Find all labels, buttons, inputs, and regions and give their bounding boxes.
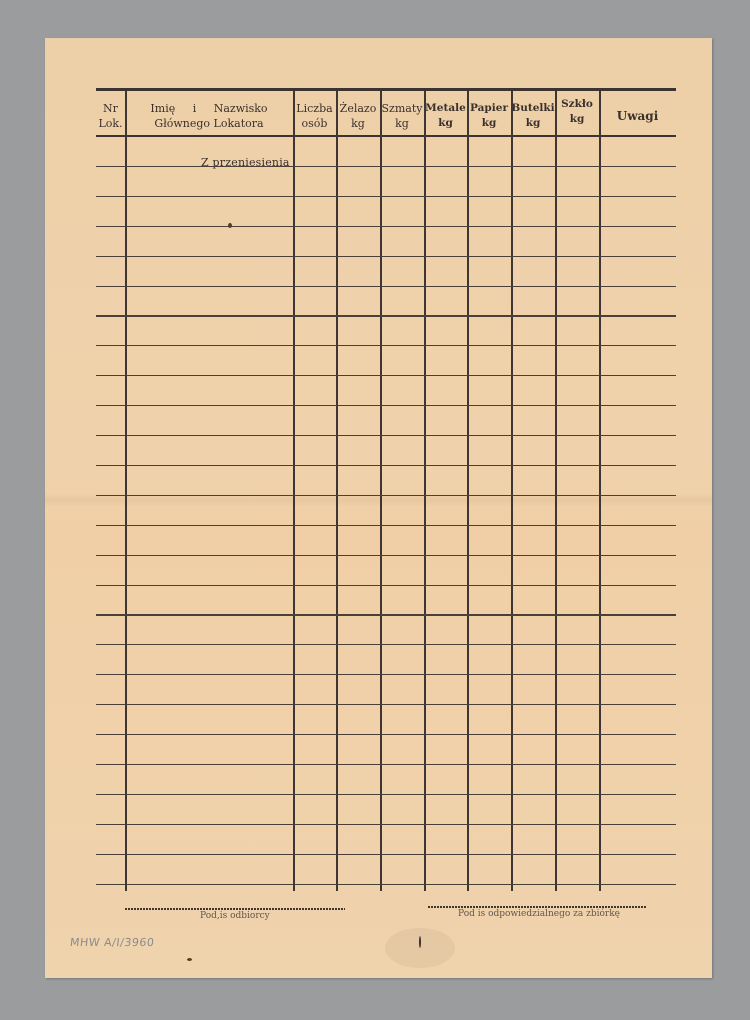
receiver-signature-line [125, 908, 345, 910]
header-line: Szmaty [382, 101, 423, 116]
inventory-stamp: MHW A/I/3960 [69, 936, 155, 949]
column-divider [125, 91, 127, 891]
header-persons: Liczba osób [293, 98, 336, 134]
row-rule [96, 315, 676, 316]
header-line: kg [351, 116, 365, 131]
row-rule [96, 196, 676, 197]
row-rule [96, 286, 676, 287]
organizer-signature-line [428, 906, 646, 908]
row-rule [96, 614, 676, 615]
header-name: Imię i Nazwisko Głównego Lokatora [125, 98, 293, 134]
header-line: osób [302, 116, 328, 131]
header-iron: Żelazo kg [336, 98, 380, 134]
header-line: Metale [425, 101, 466, 116]
form-sheet: Nr Lok. Imię i Nazwisko Głównego Lokator… [45, 38, 712, 978]
row-rule [96, 824, 676, 825]
row-rule [96, 674, 676, 675]
row-rule [96, 375, 676, 376]
row-rule [96, 794, 676, 795]
row-rule [96, 256, 676, 257]
column-divider [555, 91, 557, 891]
smudge [385, 928, 455, 968]
row-rule [96, 585, 676, 586]
header-line: Lok. [98, 116, 122, 131]
header-paper: Papier kg [467, 98, 511, 134]
column-divider [599, 91, 601, 891]
header-line: kg [526, 116, 541, 131]
column-divider [293, 91, 295, 891]
header-line: Liczba [296, 101, 332, 116]
header-line: Uwagi [617, 109, 659, 124]
header-line: Butelki [511, 101, 554, 116]
header-line: Nr [103, 101, 118, 116]
column-divider [336, 91, 338, 891]
header-glass: Szkło kg [555, 94, 599, 130]
column-divider [424, 91, 426, 891]
row-rule [96, 884, 676, 885]
row-rule [96, 644, 676, 645]
row-rule [96, 525, 676, 526]
row-rule [96, 495, 676, 496]
header-line: kg [482, 116, 497, 131]
row-rule [96, 555, 676, 556]
row-rule [96, 764, 676, 765]
receiver-signature-label: Pod,is odbiorcy [200, 911, 270, 921]
column-divider [380, 91, 382, 891]
header-bottles: Butelki kg [511, 98, 555, 134]
header-line: kg [395, 116, 409, 131]
header-nr-lok: Nr Lok. [96, 98, 125, 134]
row-rule [96, 405, 676, 406]
header-line: kg [570, 112, 585, 127]
row-rule [96, 465, 676, 466]
row-rule [96, 166, 676, 167]
header-rule [96, 135, 676, 137]
header-metals: Metale kg [424, 98, 467, 134]
row-rule [96, 704, 676, 705]
top-rule [96, 88, 676, 91]
row-rule [96, 734, 676, 735]
ink-spot [187, 958, 192, 961]
row-rule [96, 435, 676, 436]
ink-spot [228, 223, 232, 228]
header-line: Imię i Nazwisko [150, 101, 267, 116]
header-line: kg [438, 116, 453, 131]
row-rule [96, 854, 676, 855]
header-line: Papier [470, 101, 508, 116]
row-rule [96, 226, 676, 227]
header-remarks: Uwagi [599, 98, 676, 134]
header-rags: Szmaty kg [380, 98, 424, 134]
row-rule [96, 345, 676, 346]
column-divider [467, 91, 469, 891]
header-line: Szkło [561, 97, 593, 112]
column-divider [511, 91, 513, 891]
organizer-signature-label: Pod is odpowiedzialnego za zbiórkę [458, 909, 620, 919]
header-line: Żelazo [340, 101, 377, 116]
header-line: Głównego Lokatora [154, 116, 263, 131]
